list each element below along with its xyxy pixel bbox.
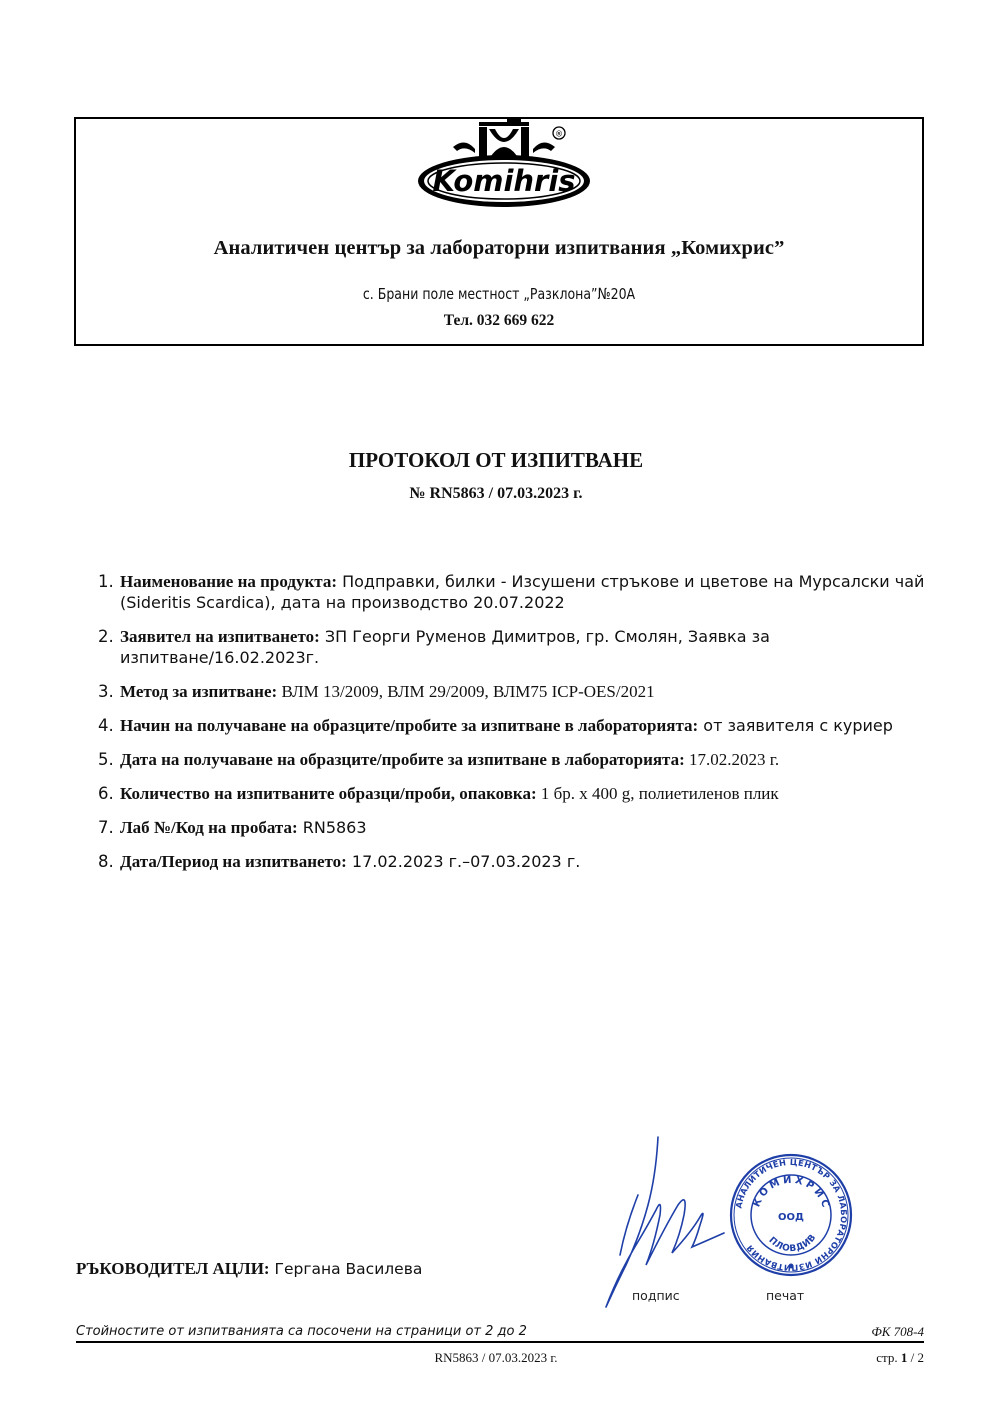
item-label: Начин на получаване на образците/пробите… xyxy=(120,716,698,735)
item-value: 17.02.2023 г.–07.03.2023 г. xyxy=(347,852,580,871)
svg-text:®: ® xyxy=(555,130,563,139)
svg-text:ООД: ООД xyxy=(778,1212,804,1223)
lab-header-box: ® Komihris Аналитичен център за лаборато… xyxy=(74,117,924,346)
item-number: 2. xyxy=(98,626,114,647)
footer-note: Стойностите от изпитванията са посочени … xyxy=(76,1324,527,1339)
item-label: Лаб №/Код на пробата: xyxy=(120,818,298,837)
org-phone: Тел. 032 669 622 xyxy=(76,312,922,330)
detail-item-applicant: 2. Заявител на изпитването: ЗП Георги Ру… xyxy=(98,626,928,668)
komihris-logo: ® Komihris xyxy=(413,119,595,209)
item-number: 8. xyxy=(98,851,114,872)
svg-text:Komihris: Komihris xyxy=(432,164,575,198)
page-total: / 2 xyxy=(907,1350,924,1365)
footer-reference: RN5863 / 07.03.2023 г. xyxy=(0,1350,992,1366)
detail-item-receipt-method: 4. Начин на получаване на образците/проб… xyxy=(98,715,928,736)
item-number: 1. xyxy=(98,571,114,592)
manager-name: Гергана Василева xyxy=(270,1260,423,1278)
item-value: от заявителя с куриер xyxy=(698,716,893,735)
item-number: 7. xyxy=(98,817,114,838)
detail-item-lab-code: 7. Лаб №/Код на пробата: RN5863 xyxy=(98,817,928,838)
lab-manager: РЪКОВОДИТЕЛ АЦЛИ: Гергана Василева xyxy=(76,1259,422,1279)
stamp-label: печат xyxy=(766,1288,804,1303)
item-label: Дата на получаване на образците/пробите … xyxy=(120,750,685,769)
signature-icon xyxy=(596,1135,736,1310)
protocol-details-list: 1. Наименование на продукта: Подправки, … xyxy=(98,571,928,885)
item-number: 5. xyxy=(98,749,114,770)
page-indicator: стр. 1 / 2 xyxy=(876,1350,924,1366)
org-name: Аналитичен център за лабораторни изпитва… xyxy=(76,237,922,260)
item-value: 1 бр. х 400 g, полиетиленов плик xyxy=(537,784,779,803)
detail-item-quantity: 6. Количество на изпитваните образци/про… xyxy=(98,783,928,804)
form-code: ФК 708-4 xyxy=(871,1324,924,1340)
document-number: № RN5863 / 07.03.2023 г. xyxy=(0,485,992,503)
item-label: Заявител на изпитването: xyxy=(120,627,320,646)
item-value: 17.02.2023 г. xyxy=(685,750,779,769)
svg-text:КОМИХРИС: КОМИХРИС xyxy=(751,1175,831,1212)
page-prefix: стр. xyxy=(876,1350,901,1365)
org-address: с. Брани поле местност „Разклона”№20А xyxy=(118,285,879,303)
item-label: Метод за изпитване: xyxy=(120,682,277,701)
document-title: ПРОТОКОЛ ОТ ИЗПИТВАНЕ xyxy=(0,448,992,473)
manager-label: РЪКОВОДИТЕЛ АЦЛИ: xyxy=(76,1259,270,1278)
item-value: ВЛМ 13/2009, ВЛМ 29/2009, ВЛМ75 ICP-OES/… xyxy=(277,682,654,701)
item-label: Количество на изпитваните образци/проби,… xyxy=(120,784,537,803)
signature-label: подпис xyxy=(632,1288,680,1303)
item-label: Дата/Период на изпитването: xyxy=(120,852,347,871)
item-number: 4. xyxy=(98,715,114,736)
item-label: Наименование на продукта: xyxy=(120,572,337,591)
item-value: RN5863 xyxy=(298,818,367,837)
detail-item-test-period: 8. Дата/Период на изпитването: 17.02.202… xyxy=(98,851,928,872)
item-number: 6. xyxy=(98,783,114,804)
detail-item-product: 1. Наименование на продукта: Подправки, … xyxy=(98,571,928,613)
detail-item-receipt-date: 5. Дата на получаване на образците/проби… xyxy=(98,749,928,770)
company-stamp-icon: АНАЛИТИЧЕН ЦЕНТЪР ЗА ЛАБОРАТОРНИ ИЗПИТВА… xyxy=(728,1152,854,1278)
footer-divider xyxy=(76,1341,924,1343)
detail-item-method: 3. Метод за изпитване: ВЛМ 13/2009, ВЛМ … xyxy=(98,681,928,702)
item-number: 3. xyxy=(98,681,114,702)
